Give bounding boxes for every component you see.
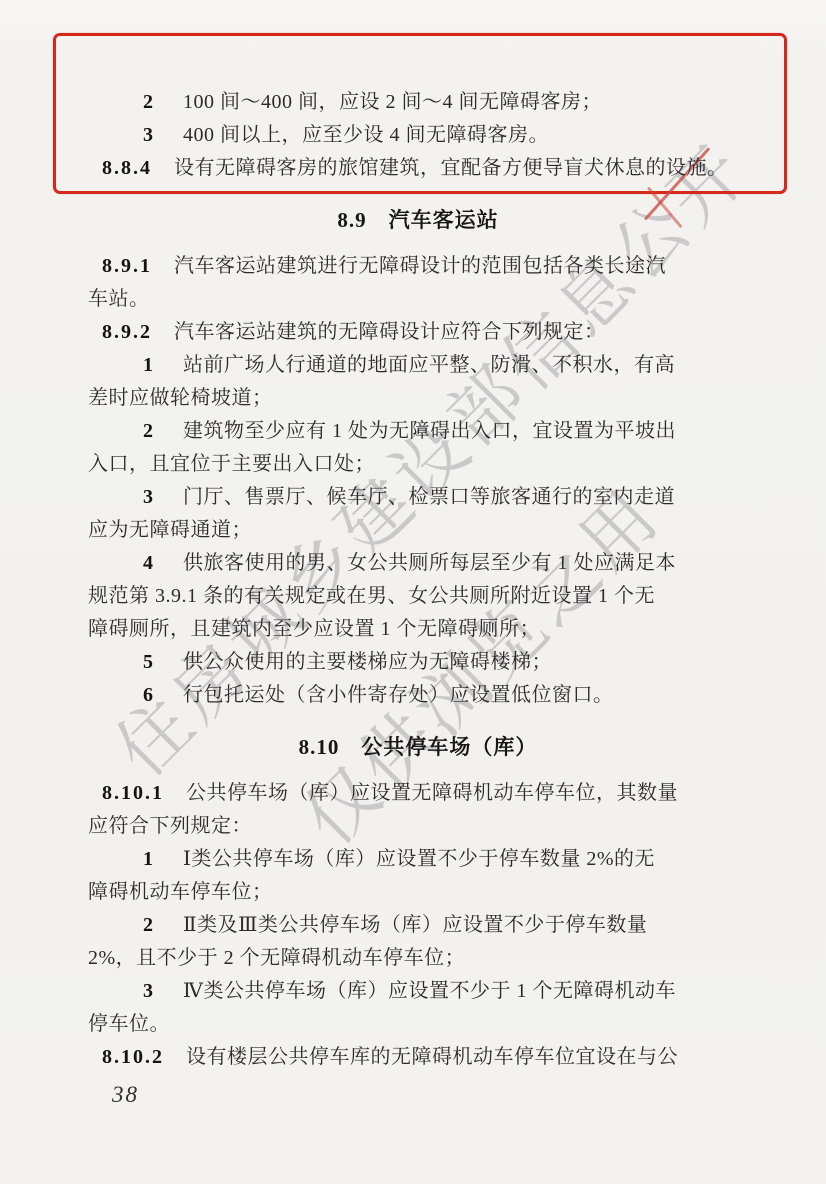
section-heading: 8.9 汽车客运站	[88, 204, 748, 237]
line-text: 供公众使用的主要楼梯应为无障碍楼梯；	[183, 651, 552, 673]
list-item-line: 2Ⅱ类及Ⅲ类公共停车场（库）应设置不少于停车数量	[88, 909, 748, 942]
list-item-line: 6行包托运处（含小件寄存处）应设置低位窗口。	[88, 679, 748, 712]
line-text: 障碍机动车停车位；	[88, 881, 273, 903]
line-text: 车站。	[88, 288, 150, 310]
line-text: 8.9 汽车客运站	[337, 208, 498, 232]
clause-number: 3	[143, 481, 158, 514]
document-content: 2100 间～400 间，应设 2 间～4 间无障碍客房；3400 间以上，应至…	[88, 86, 748, 1074]
clause-number: 3	[143, 119, 158, 152]
clause-line: 8.9.2汽车客运站建筑的无障碍设计应符合下列规定：	[88, 316, 748, 349]
clause-line: 8.10.2设有楼层公共停车库的无障碍机动车停车位宜设在与公	[88, 1041, 748, 1074]
line-text: 入口，且宜位于主要出入口处；	[88, 453, 375, 475]
continuation-line: 规范第 3.9.1 条的有关规定或在男、女公共厕所附近设置 1 个无	[88, 580, 748, 613]
line-text: 规范第 3.9.1 条的有关规定或在男、女公共厕所附近设置 1 个无	[88, 585, 655, 607]
list-item-line: 5供公众使用的主要楼梯应为无障碍楼梯；	[88, 646, 748, 679]
continuation-line: 应为无障碍通道；	[88, 514, 748, 547]
list-item-line: 3400 间以上，应至少设 4 间无障碍客房。	[88, 119, 748, 152]
line-text: 8.10 公共停车场（库）	[299, 735, 538, 759]
clause-number: 2	[143, 415, 158, 448]
continuation-line: 入口，且宜位于主要出入口处；	[88, 448, 748, 481]
clause-number: 8.9.2	[102, 321, 152, 343]
line-text: 站前广场人行通道的地面应平整、防滑、不积水，有高	[183, 354, 675, 376]
list-item-line: 1站前广场人行通道的地面应平整、防滑、不积水，有高	[88, 349, 748, 382]
continuation-line: 应符合下列规定：	[88, 810, 748, 843]
clause-number: 8.10.2	[102, 1046, 164, 1068]
clause-number: 5	[143, 646, 158, 679]
line-text: 建筑物至少应有 1 处为无障碍出入口，宜设置为平坡出	[183, 420, 676, 442]
line-text: 100 间～400 间，应设 2 间～4 间无障碍客房；	[183, 91, 602, 113]
clause-line: 8.9.1汽车客运站建筑进行无障碍设计的范围包括各类长途汽	[88, 250, 748, 283]
line-text: 停车位。	[88, 1013, 170, 1035]
clause-line: 8.10.1公共停车场（库）应设置无障碍机动车停车位，其数量	[88, 777, 748, 810]
line-text: 设有无障碍客房的旅馆建筑，宜配备方便导盲犬休息的设施。	[174, 157, 728, 179]
clause-number: 8.10.1	[102, 782, 164, 804]
continuation-line: 停车位。	[88, 1008, 748, 1041]
line-text: Ⅱ类及Ⅲ类公共停车场（库）应设置不少于停车数量	[183, 914, 647, 936]
line-text: 汽车客运站建筑进行无障碍设计的范围包括各类长途汽	[174, 255, 666, 277]
continuation-line: 差时应做轮椅坡道；	[88, 382, 748, 415]
line-text: 应符合下列规定：	[88, 815, 252, 837]
list-item-line: 3Ⅳ类公共停车场（库）应设置不少于 1 个无障碍机动车	[88, 975, 748, 1008]
continuation-line: 2%，且不少于 2 个无障碍机动车停车位；	[88, 942, 748, 975]
line-text: 设有楼层公共停车库的无障碍机动车停车位宜设在与公	[186, 1046, 678, 1068]
continuation-line: 障碍厕所，且建筑内至少应设置 1 个无障碍厕所；	[88, 613, 748, 646]
section-heading: 8.10 公共停车场（库）	[88, 731, 748, 764]
line-text: 行包托运处（含小件寄存处）应设置低位窗口。	[183, 684, 614, 706]
continuation-line: 障碍机动车停车位；	[88, 876, 748, 909]
line-text: 2%，且不少于 2 个无障碍机动车停车位；	[88, 947, 465, 969]
clause-number: 1	[143, 843, 158, 876]
line-text: 障碍厕所，且建筑内至少应设置 1 个无障碍厕所；	[88, 618, 540, 640]
list-item-line: 4供旅客使用的男、女公共厕所每层至少有 1 处应满足本	[88, 547, 748, 580]
clause-number: 3	[143, 975, 158, 1008]
line-text: 供旅客使用的男、女公共厕所每层至少有 1 处应满足本	[183, 552, 676, 574]
line-text: 门厅、售票厅、候车厅、检票口等旅客通行的室内走道	[183, 486, 675, 508]
line-text: 应为无障碍通道；	[88, 519, 252, 541]
line-text: 400 间以上，应至少设 4 间无障碍客房。	[183, 124, 549, 146]
clause-number: 4	[143, 547, 158, 580]
line-text: 差时应做轮椅坡道；	[88, 387, 273, 409]
clause-number: 1	[143, 349, 158, 382]
list-item-line: 1Ⅰ类公共停车场（库）应设置不少于停车数量 2%的无	[88, 843, 748, 876]
clause-line: 8.8.4设有无障碍客房的旅馆建筑，宜配备方便导盲犬休息的设施。	[88, 152, 748, 185]
line-text: 公共停车场（库）应设置无障碍机动车停车位，其数量	[186, 782, 678, 804]
scanned-document-page: 住房城乡建设部信息公开 仅供浏览之用 2100 间～400 间，应设 2 间～4…	[0, 0, 826, 1184]
line-text: Ⅳ类公共停车场（库）应设置不少于 1 个无障碍机动车	[183, 980, 676, 1002]
list-item-line: 2建筑物至少应有 1 处为无障碍出入口，宜设置为平坡出	[88, 415, 748, 448]
line-text: Ⅰ类公共停车场（库）应设置不少于停车数量 2%的无	[183, 848, 655, 870]
clause-number: 6	[143, 679, 158, 712]
clause-number: 2	[143, 909, 158, 942]
page-number: 38	[112, 1082, 139, 1108]
list-item-line: 3门厅、售票厅、候车厅、检票口等旅客通行的室内走道	[88, 481, 748, 514]
line-text: 汽车客运站建筑的无障碍设计应符合下列规定：	[174, 321, 605, 343]
clause-number: 2	[143, 86, 158, 119]
continuation-line: 车站。	[88, 283, 748, 316]
clause-number: 8.9.1	[102, 255, 152, 277]
list-item-line: 2100 间～400 间，应设 2 间～4 间无障碍客房；	[88, 86, 748, 119]
clause-number: 8.8.4	[102, 157, 152, 179]
